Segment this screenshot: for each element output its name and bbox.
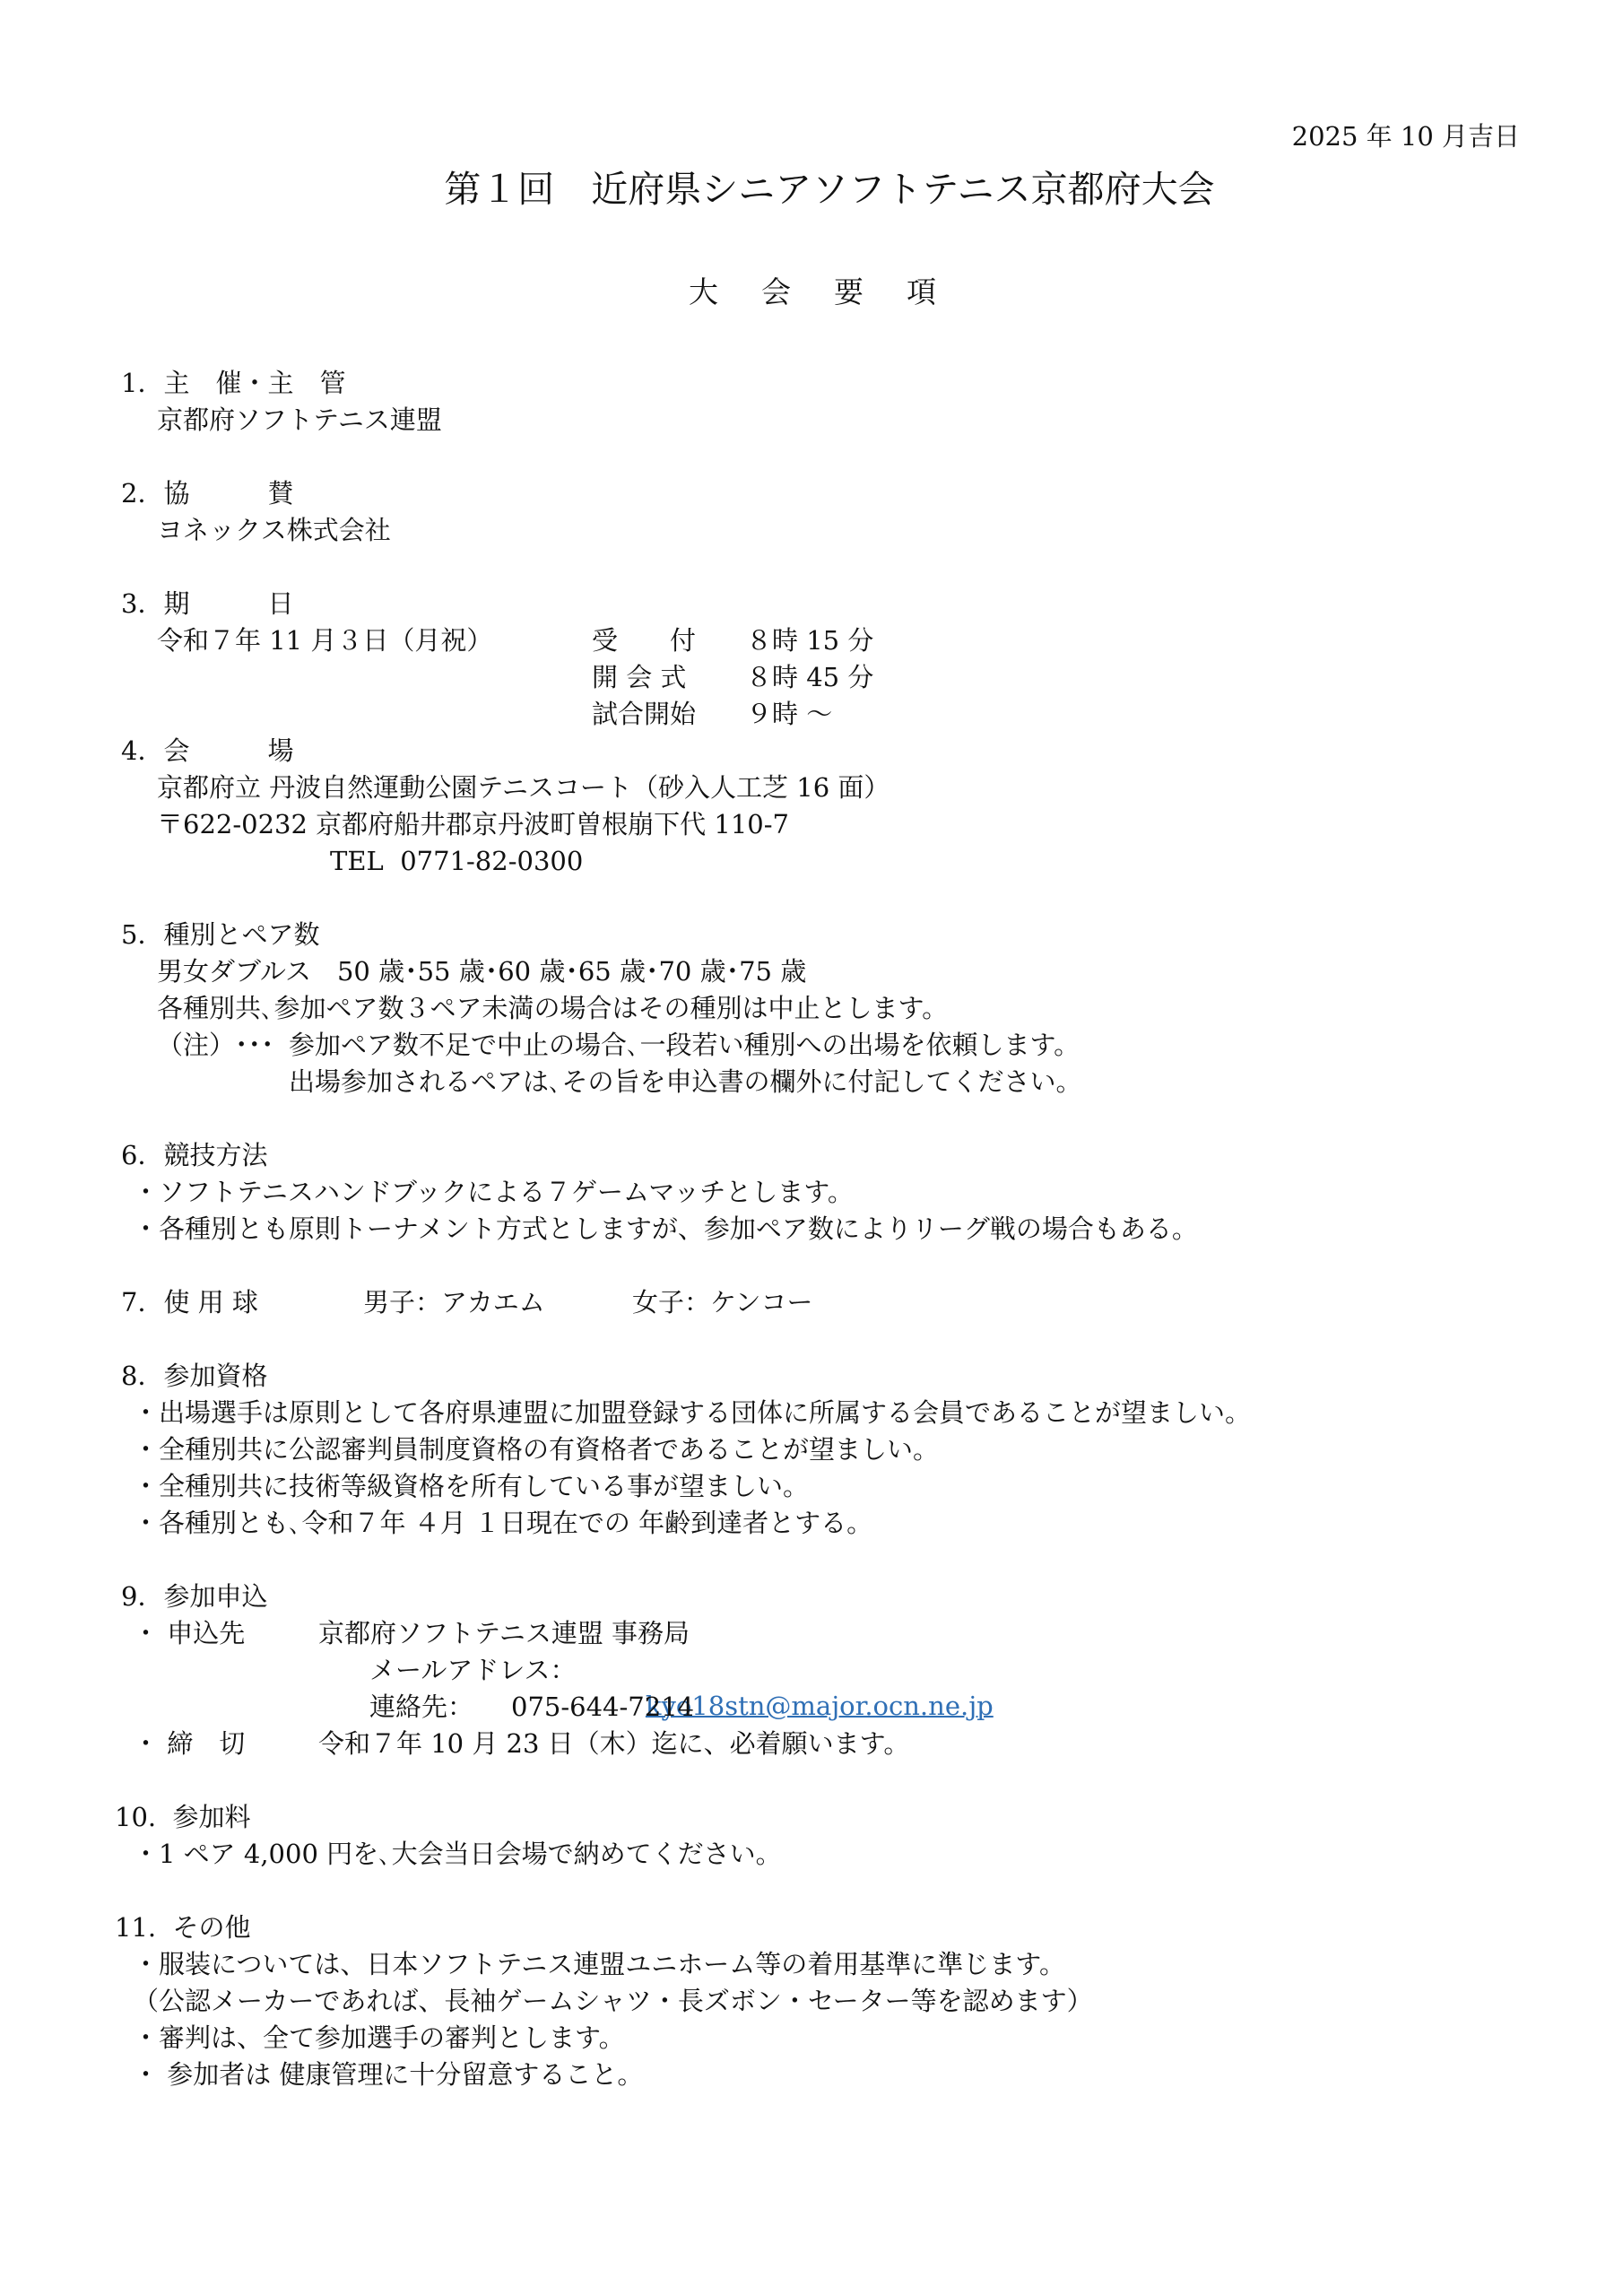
issue-date: 2025 年 10 月吉日 xyxy=(1292,117,1520,153)
schedule-label-reception: 受 付 xyxy=(592,622,696,658)
misc-item: ・ 参加者は 健康管理に十分留意すること。 xyxy=(133,2057,643,2092)
page-subtitle: 大会要項 xyxy=(0,269,1623,311)
contact-label: 連絡先： xyxy=(369,1689,473,1725)
contact-phone: 075-644-7214 xyxy=(511,1689,694,1725)
section-9-heading: 9．参加申込 xyxy=(121,1578,267,1614)
eligibility-item: ・全種別共に公認審判員制度資格の有資格者であることが望ましい。 xyxy=(133,1431,939,1467)
minimum-pairs-rule: 各種別共､参加ペア数３ペア未満の場合はその種別は中止とします。 xyxy=(157,990,948,1026)
apply-to-value: 京都府ソフトテニス連盟 事務局 xyxy=(318,1615,690,1651)
section-11-heading: 11. その他 xyxy=(115,1909,251,1945)
section-3-heading: 3．期 日 xyxy=(121,586,293,622)
venue-name: 京都府立 丹波自然運動公園テニスコート（砂入人工芝 16 面） xyxy=(157,770,890,805)
note-line-1: 参加ペア数不足で中止の場合､一段若い種別への出場を依頼します。 xyxy=(289,1027,1080,1063)
misc-item: ・服装については、日本ソフトテニス連盟ユニホーム等の着用基準に準じます。 xyxy=(133,1946,1065,1982)
apply-to-label: ・ 申込先 xyxy=(133,1615,245,1651)
misc-item: ・審判は、全て参加選手の審判とします。 xyxy=(133,2020,625,2056)
email-link[interactable]: kyo18stn@major.ocn.ne.jp xyxy=(646,1691,994,1721)
eligibility-item: ・出場選手は原則として各府県連盟に加盟登録する団体に所属する会員であることが望ま… xyxy=(133,1395,1251,1431)
section-7-heading: 7．使 用 球 xyxy=(121,1284,258,1320)
section-6-heading: 6．競技方法 xyxy=(121,1137,267,1173)
schedule-time-reception: ８時 15 分 xyxy=(746,622,873,658)
rule-item: ・ソフトテニスハンドブックによる７ゲームマッチとします。 xyxy=(133,1174,854,1210)
deadline-value: 令和７年 10 月 23 日（木）迄に、必着願います。 xyxy=(318,1726,909,1761)
section-1-body: 京都府ソフトテニス連盟 xyxy=(157,402,442,438)
fee-body: ・1 ペア 4,000 円を､大会当日会場で納めてください。 xyxy=(133,1836,782,1872)
schedule-time-start: ９時 ～ xyxy=(746,696,832,732)
schedule-label-opening: 開 会 式 xyxy=(592,659,686,695)
section-8-heading: 8．参加資格 xyxy=(121,1358,267,1394)
schedule-time-opening: ８時 45 分 xyxy=(746,659,873,695)
section-10-heading: 10. 参加料 xyxy=(115,1799,251,1835)
venue-address: 〒622-0232 京都府船井郡京丹波町曽根崩下代 110-7 xyxy=(157,806,789,842)
section-4-heading: 4．会 場 xyxy=(121,733,293,769)
event-date: 令和７年 11 月３日（月祝） xyxy=(157,622,492,658)
venue-tel: TEL 0771-82-0300 xyxy=(330,843,583,879)
page-title: 第１回 近府県シニアソフトテニス京都府大会 xyxy=(0,160,1623,213)
deadline-label: ・ 締 切 xyxy=(133,1726,245,1761)
ball-men: 男子：アカエム xyxy=(363,1284,545,1320)
schedule-label-start: 試合開始 xyxy=(592,696,696,732)
section-5-heading: 5．種別とペア数 xyxy=(121,917,319,952)
ball-women: 女子：ケンコー xyxy=(632,1284,813,1320)
note-label: （注）･･･ xyxy=(157,1027,274,1063)
email-label: メールアドレス： xyxy=(369,1652,577,1688)
rule-item: ・各種別とも原則トーナメント方式としますが、参加ペア数によりリーグ戦の場合もある… xyxy=(133,1211,1198,1247)
section-2-heading: 2．協 賛 xyxy=(121,475,293,511)
eligibility-item: ・各種別とも､令和７年 ４月 １日現在での 年齢到達者とする。 xyxy=(133,1505,872,1541)
section-1-heading: 1．主 催・主 管 xyxy=(121,365,345,401)
misc-item: （公認メーカーであれば、長袖ゲームシャツ・長ズボン・セーター等を認めます） xyxy=(133,1983,1093,2019)
categories: 男女ダブルス 50 歳･55 歳･60 歳･65 歳･70 歳･75 歳 xyxy=(157,953,806,989)
eligibility-item: ・全種別共に技術等級資格を所有している事が望ましい。 xyxy=(133,1468,809,1504)
section-2-body: ヨネックス株式会社 xyxy=(157,512,391,548)
note-line-2: 出場参加されるペアは､その旨を申込書の欄外に付記してください。 xyxy=(289,1064,1082,1100)
